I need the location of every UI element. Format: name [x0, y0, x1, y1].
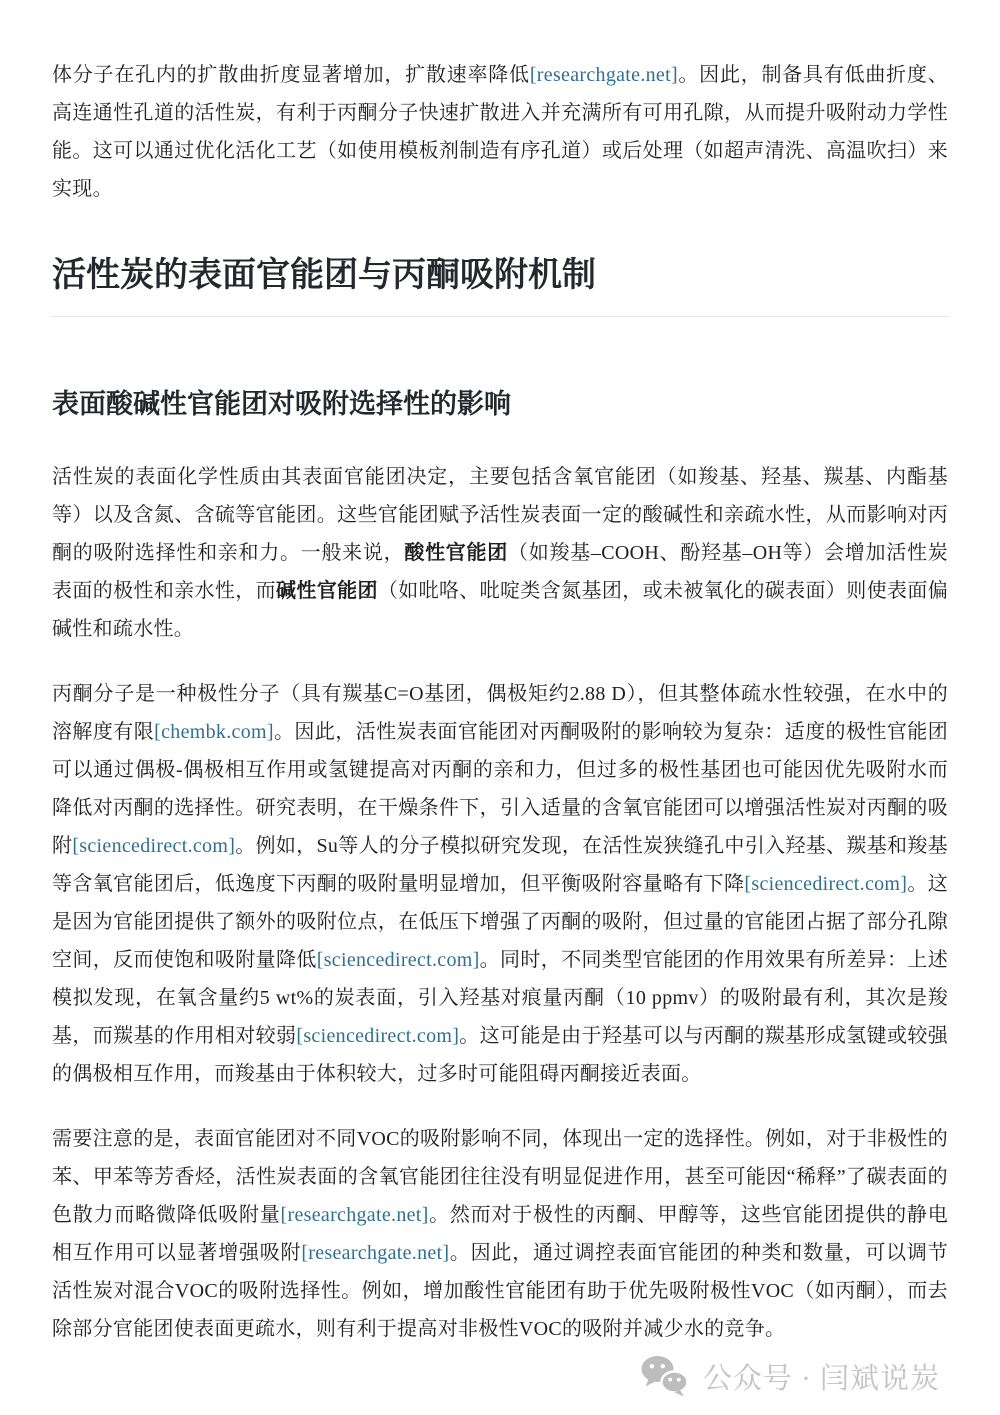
watermark: 公众号 · 闫斌说炭	[640, 1355, 940, 1397]
bold-term: 碱性官能团	[276, 580, 378, 602]
paragraph-voc-selectivity: 需要注意的是，表面官能团对不同VOC的吸附影响不同，体现出一定的选择性。例如，对…	[52, 1120, 948, 1348]
citation-link[interactable]: [sciencedirect.com]	[296, 1025, 459, 1047]
paragraph-diffusion: 体分子在孔内的扩散曲折度显著增加，扩散速率降低[researchgate.net…	[52, 56, 948, 208]
paragraph-acetone-polarity: 丙酮分子是一种极性分子（具有羰基C=O基团，偶极矩约2.88 D），但其整体疏水…	[52, 675, 948, 1093]
citation-link[interactable]: [researchgate.net]	[530, 64, 678, 86]
citation-link[interactable]: [sciencedirect.com]	[744, 873, 907, 895]
section-heading: 活性炭的表面官能团与丙酮吸附机制	[52, 254, 948, 298]
text-run: 体分子在孔内的扩散曲折度显著增加，扩散速率降低	[52, 64, 530, 86]
article-content: 体分子在孔内的扩散曲折度显著增加，扩散速率降低[researchgate.net…	[0, 0, 1000, 1348]
heading-divider	[52, 316, 948, 317]
wechat-icon	[640, 1355, 690, 1397]
citation-link[interactable]: [researchgate.net]	[301, 1242, 449, 1264]
citation-link[interactable]: [chembk.com]	[154, 721, 274, 743]
citation-link[interactable]: [sciencedirect.com]	[317, 949, 480, 971]
subsection-heading: 表面酸碱性官能团对吸附选择性的影响	[52, 387, 948, 422]
citation-link[interactable]: [sciencedirect.com]	[72, 835, 235, 857]
citation-link[interactable]: [researchgate.net]	[281, 1204, 429, 1226]
paragraph-functional-groups: 活性炭的表面化学性质由其表面官能团决定，主要包括含氧官能团（如羧基、羟基、羰基、…	[52, 458, 948, 648]
watermark-label: 公众号 · 闫斌说炭	[703, 1356, 940, 1397]
bold-term: 酸性官能团	[404, 542, 508, 564]
